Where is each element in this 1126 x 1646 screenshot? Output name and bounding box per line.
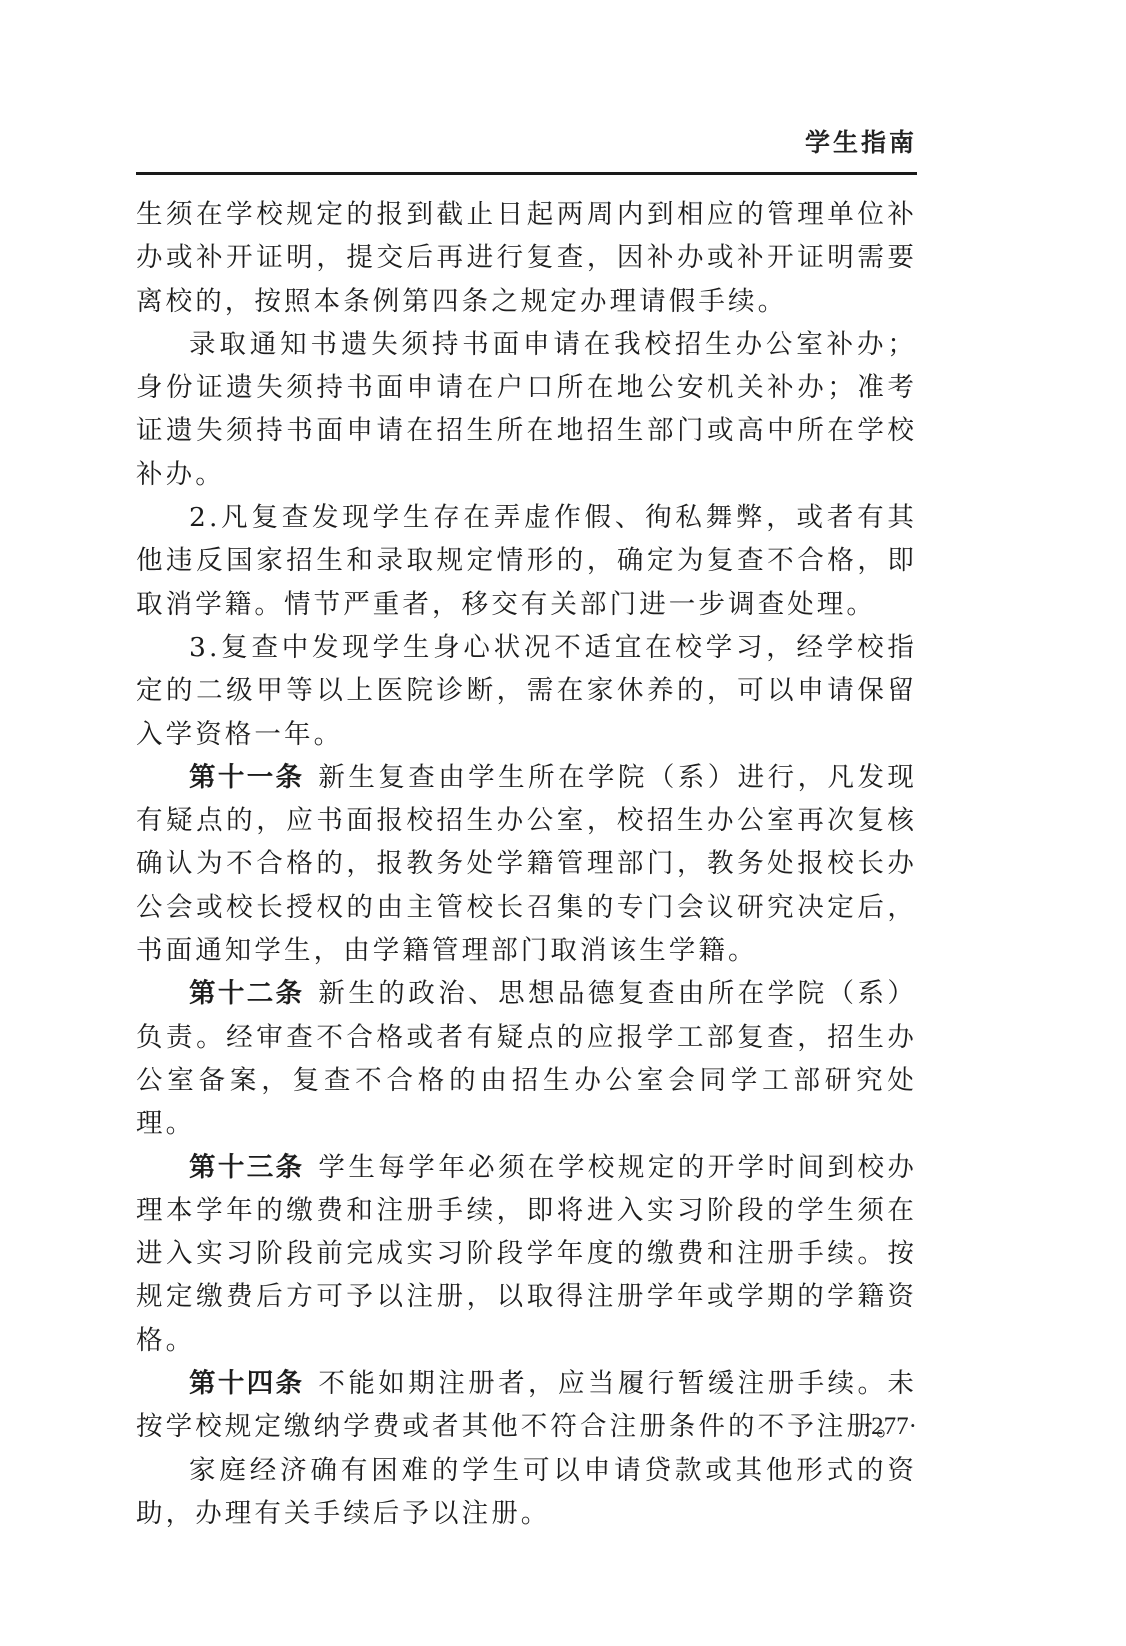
article-number: 第十二条: [189, 978, 304, 1009]
header-rule-divider: [136, 172, 917, 175]
paragraph: 生须在学校规定的报到截止日起两周内到相应的管理单位补办或补开证明，提交后再进行复…: [136, 193, 917, 323]
article-paragraph: 第十四条不能如期注册者，应当履行暂缓注册手续。未按学校规定缴纳学费或者其他不符合…: [136, 1362, 917, 1449]
paragraph: 3.复查中发现学生身心状况不适宜在校学习，经学校指定的二级甲等以上医院诊断，需在…: [136, 626, 917, 756]
paragraph-text: 录取通知书遗失须持书面申请在我校招生办公室补办；身份证遗失须持书面申请在户口所在…: [136, 329, 917, 490]
article-paragraph: 第十三条学生每学年必须在学校规定的开学时间到校办理本学年的缴费和注册手续，即将进…: [136, 1146, 917, 1362]
page-number: ·277·: [863, 1412, 917, 1442]
article-number: 第十三条: [189, 1152, 304, 1183]
paragraph-text: 生须在学校规定的报到截止日起两周内到相应的管理单位补办或补开证明，提交后再进行复…: [136, 199, 917, 317]
paragraph: 2.凡复查发现学生存在弄虚作假、徇私舞弊，或者有其他违反国家招生和录取规定情形的…: [136, 496, 917, 626]
running-header-title: 学生指南: [805, 128, 917, 158]
article-number: 第十一条: [189, 762, 304, 793]
article-paragraph: 第十二条新生的政治、思想品德复查由所在学院（系）负责。经审查不合格或者有疑点的应…: [136, 972, 917, 1145]
paragraph-text: 3.复查中发现学生身心状况不适宜在校学习，经学校指定的二级甲等以上医院诊断，需在…: [136, 632, 917, 750]
article-paragraph: 第十一条新生复查由学生所在学院（系）进行，凡发现有疑点的，应书面报校招生办公室，…: [136, 756, 917, 972]
paragraph-text: 2.凡复查发现学生存在弄虚作假、徇私舞弊，或者有其他违反国家招生和录取规定情形的…: [136, 502, 917, 620]
article-number: 第十四条: [189, 1368, 304, 1399]
paragraph: 家庭经济确有困难的学生可以申请贷款或其他形式的资助，办理有关手续后予以注册。: [136, 1449, 917, 1536]
paragraph: 录取通知书遗失须持书面申请在我校招生办公室补办；身份证遗失须持书面申请在户口所在…: [136, 323, 917, 496]
body-text: 生须在学校规定的报到截止日起两周内到相应的管理单位补办或补开证明，提交后再进行复…: [136, 193, 917, 1535]
paragraph-text: 家庭经济确有困难的学生可以申请贷款或其他形式的资助，办理有关手续后予以注册。: [136, 1455, 917, 1529]
